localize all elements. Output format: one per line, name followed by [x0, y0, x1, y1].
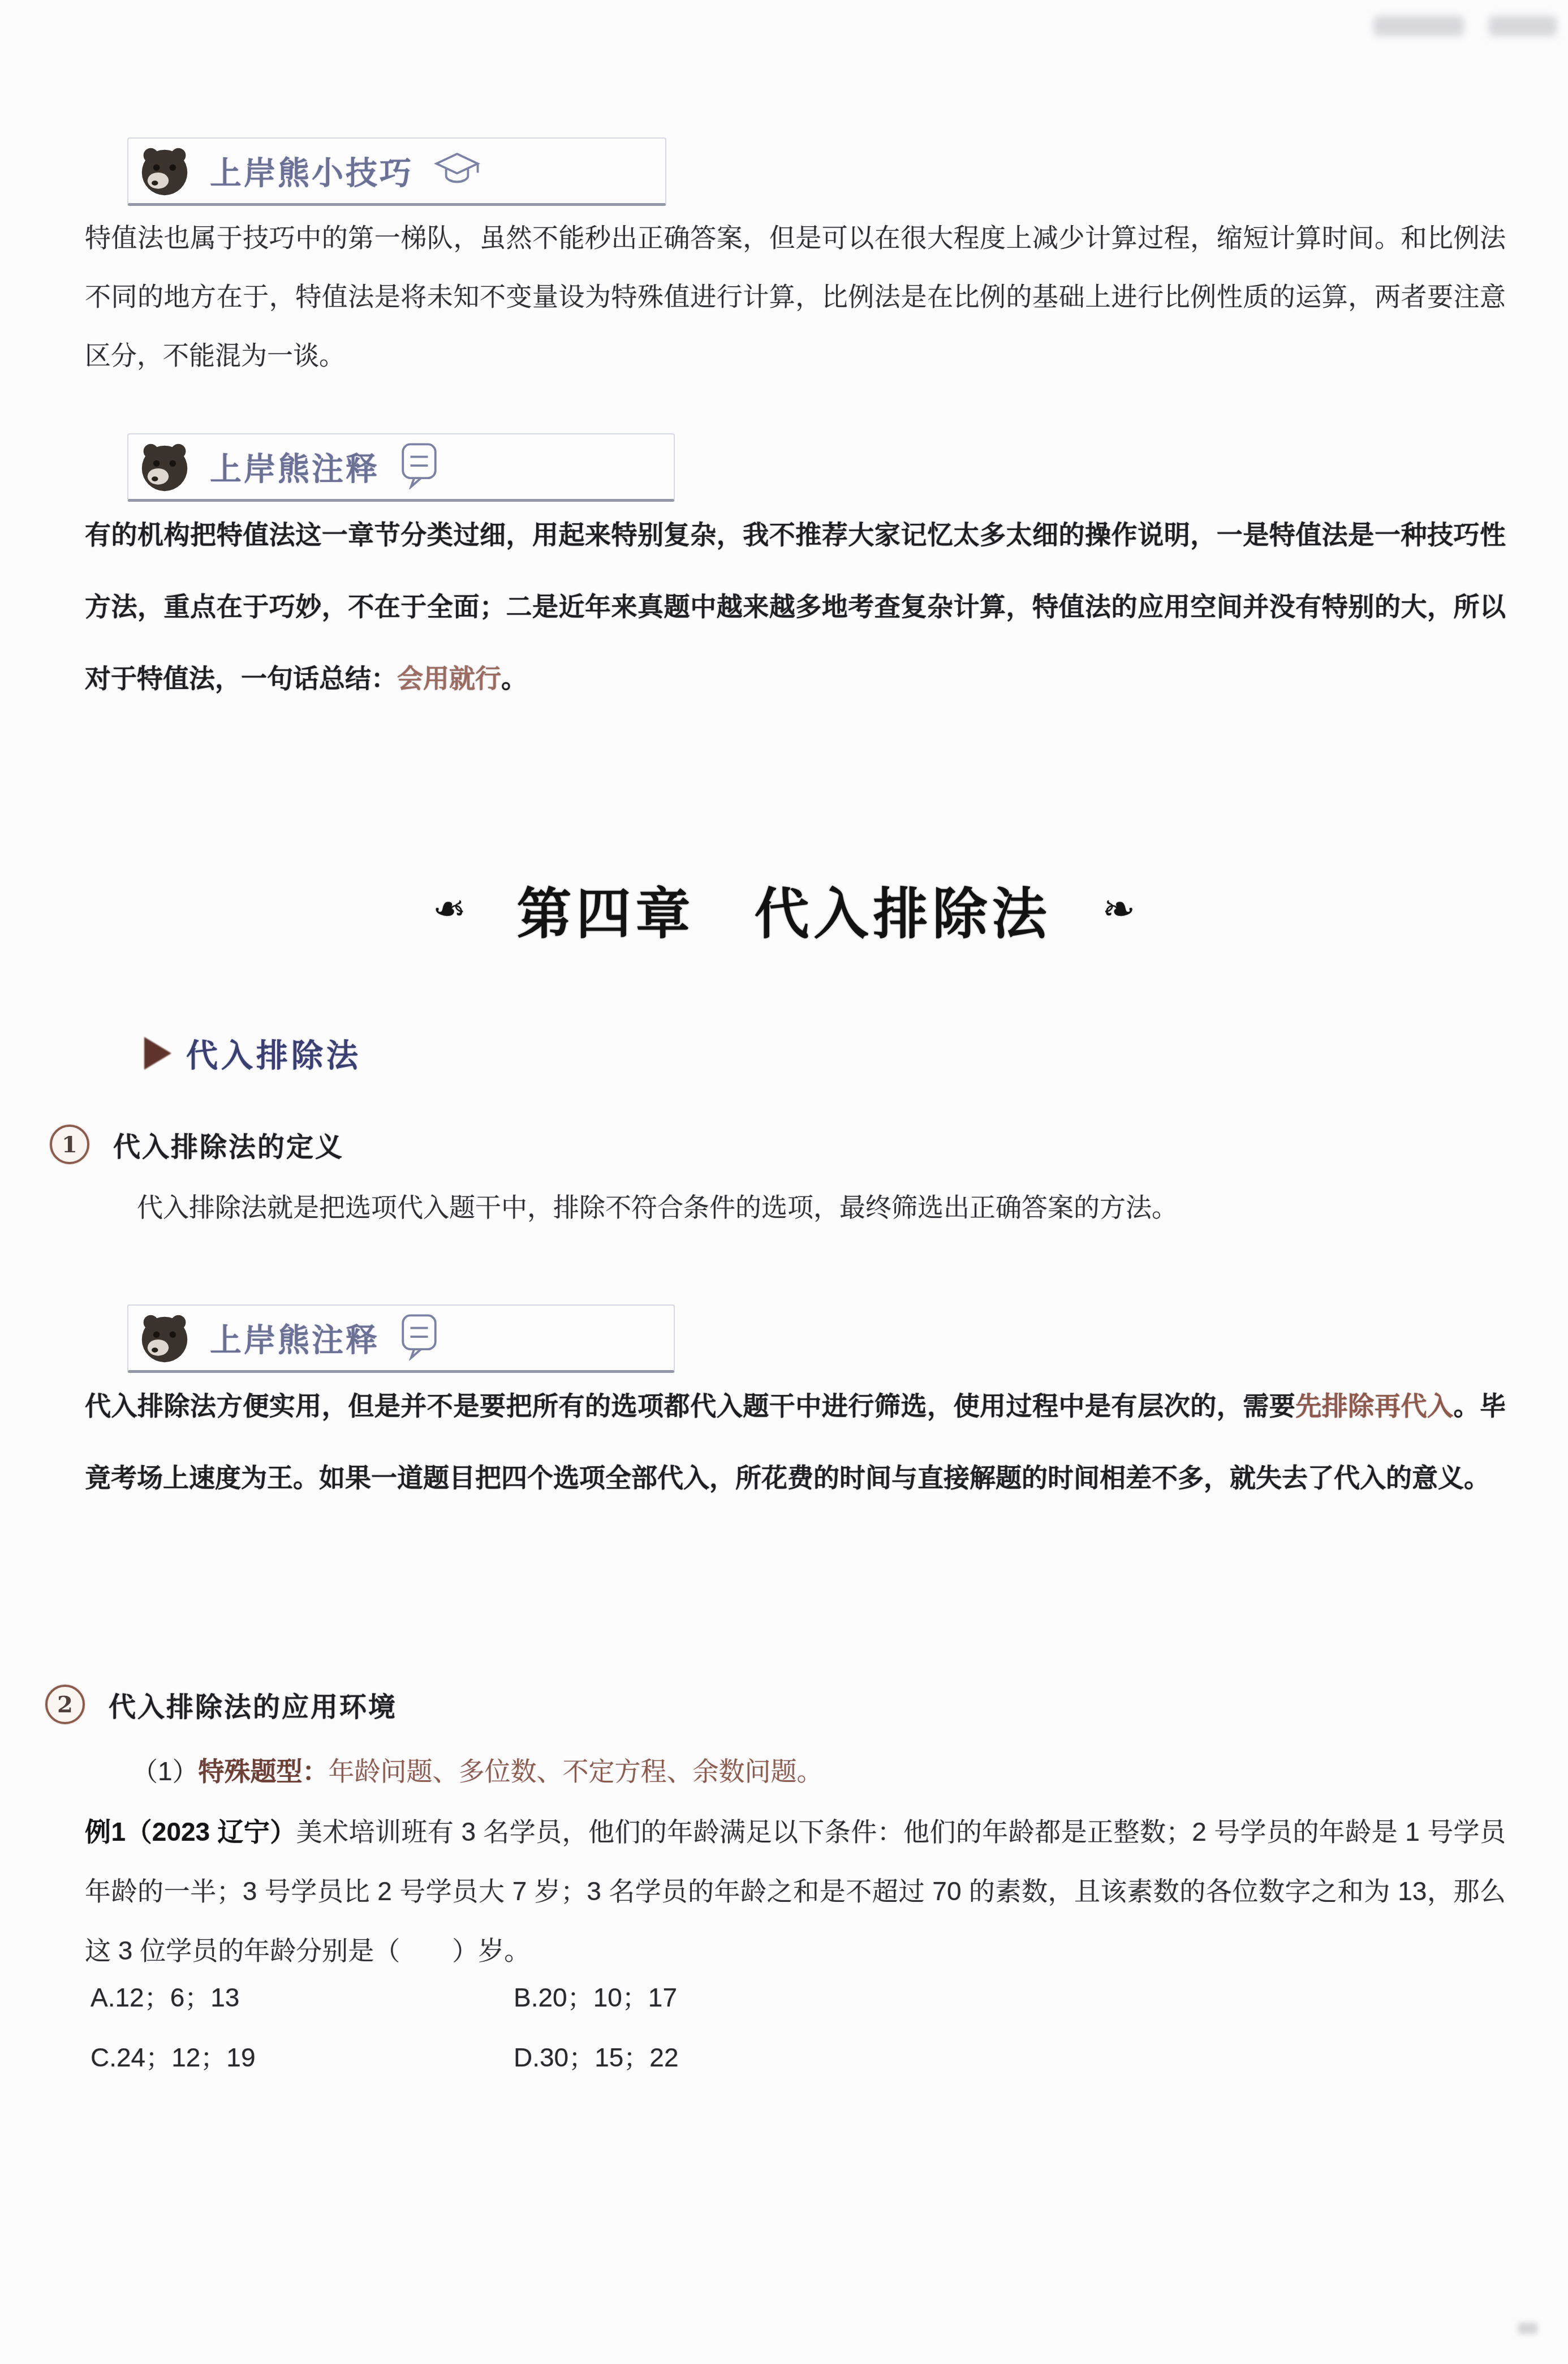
- chapter-title-row: ❧ 第四章 代入排除法 ❧: [0, 861, 1568, 957]
- definition-heading-label: 代入排除法的定义: [113, 1125, 344, 1164]
- definition-paragraph: 代入排除法就是把选项代入题干中，排除不符合条件的选项，最终筛选出正确答案的方法。: [85, 1178, 1506, 1237]
- special-types-label: 特殊题型：: [199, 1756, 329, 1786]
- note1-text: 有的机构把特值法这一章节分类过细，用起来特别复杂，我不推荐大家记忆太多太细的操作…: [85, 520, 1506, 693]
- graduation-cap-icon: [433, 150, 481, 192]
- section-title: 代入排除法: [186, 1031, 361, 1076]
- special-types-prefix: （1）: [132, 1756, 199, 1786]
- tips-paragraph: 特值法也属于技巧中的第一梯队，虽然不能秒出正确答案，但是可以在很大程度上减少计算…: [85, 208, 1506, 385]
- chapter-title: 第四章 代入排除法: [517, 869, 1052, 949]
- fleuron-ornament-left: ❧: [433, 886, 466, 932]
- note2-text: 代入排除法方便实用，但是并不是要把所有的选项都代入题干中进行筛选，使用过程中是有…: [85, 1391, 1295, 1420]
- special-types-line: （1）特殊题型：年龄问题、多位数、不定方程、余数问题。: [132, 1751, 1501, 1791]
- option-a: A.12；6；13: [91, 1967, 514, 2027]
- definition-heading: 1 代入排除法的定义: [50, 1125, 344, 1164]
- tips-badge-label: 上岸熊小技巧: [210, 148, 413, 193]
- circled-number-2: 2: [45, 1685, 85, 1724]
- example-body: 美术培训班有 3 名学员，他们的年龄满足以下条件：他们的年龄都是正整数；2 号学…: [85, 1817, 1506, 1965]
- option-c: C.24；12；19: [91, 2027, 514, 2087]
- note-bubble-icon: [399, 442, 440, 492]
- note-bubble-icon: [399, 1313, 440, 1363]
- note-paragraph-1: 有的机构把特值法这一章节分类过细，用起来特别复杂，我不推荐大家记忆太多太细的操作…: [85, 499, 1506, 714]
- special-types-items: 年龄问题、多位数、不定方程、余数问题。: [329, 1756, 823, 1786]
- option-d: D.30；15；22: [514, 2027, 1052, 2087]
- scanned-book-page: 上岸熊小技巧 特值法也属于技巧中的第一梯队，虽然不能秒出正确答案，但是可以在很大…: [0, 0, 1568, 2364]
- bear-avatar-icon: [139, 441, 191, 493]
- example-tag: 例1（2023 辽宁）: [85, 1817, 296, 1846]
- fleuron-ornament-right: ❧: [1102, 886, 1136, 932]
- application-heading: 2 代入排除法的应用环境: [45, 1685, 397, 1724]
- section-header: 代入排除法: [144, 1031, 361, 1076]
- watermark-smudge: [1373, 16, 1464, 36]
- tips-badge: 上岸熊小技巧: [127, 137, 666, 206]
- watermark-smudge: [1489, 16, 1557, 36]
- option-b: B.20；10；17: [514, 1967, 1052, 2027]
- application-heading-label: 代入排除法的应用环境: [109, 1685, 397, 1724]
- note-badge: 上岸熊注释: [127, 1304, 675, 1373]
- note-badge: 上岸熊注释: [127, 433, 675, 502]
- note1-highlight: 会用就行: [397, 664, 501, 693]
- example-problem: 例1（2023 辽宁）美术培训班有 3 名学员，他们的年龄满足以下条件：他们的年…: [85, 1802, 1506, 1980]
- circled-number-1: 1: [50, 1125, 89, 1164]
- answer-options: A.12；6；13 B.20；10；17 C.24；12；19 D.30；15；…: [91, 1967, 1052, 2087]
- note1-tail: 。: [501, 664, 527, 693]
- triangle-bullet-icon: [144, 1037, 171, 1070]
- note2-highlight: 先排除再代入: [1295, 1391, 1453, 1420]
- note-paragraph-2: 代入排除法方便实用，但是并不是要把所有的选项都代入题干中进行筛选，使用过程中是有…: [85, 1370, 1506, 1514]
- page-corner-mark: [1518, 2323, 1537, 2334]
- bear-avatar-icon: [139, 145, 191, 197]
- bear-avatar-icon: [139, 1312, 191, 1364]
- note-badge-label: 上岸熊注释: [210, 1315, 380, 1360]
- note-badge-label: 上岸熊注释: [210, 444, 380, 489]
